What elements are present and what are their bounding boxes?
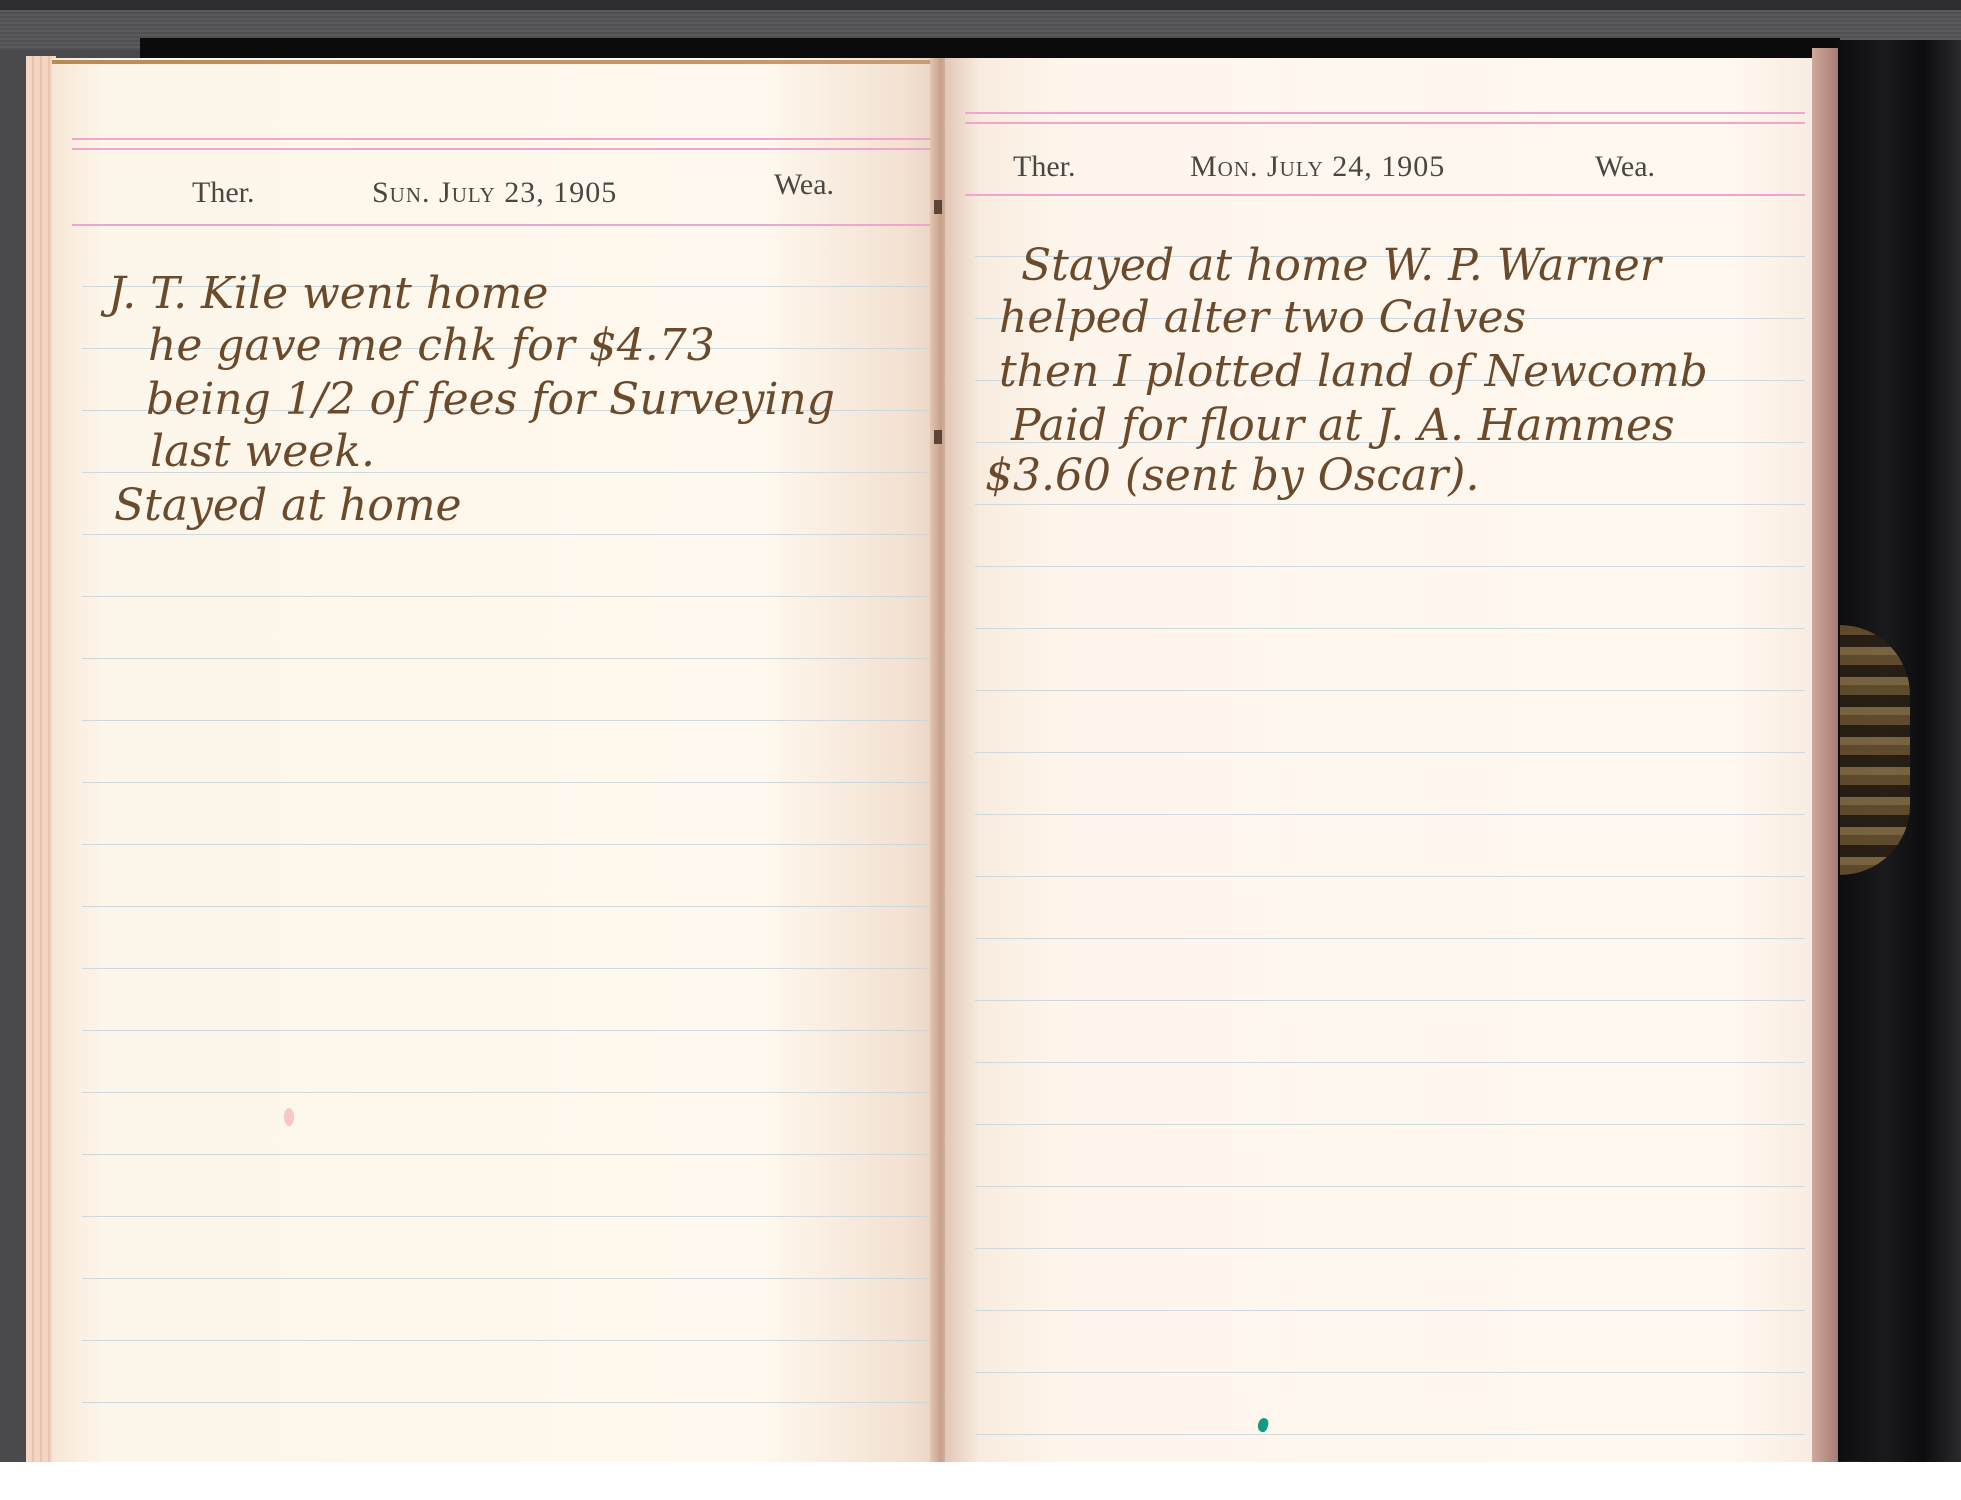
ruled-line (975, 876, 1805, 877)
ruled-line (82, 1340, 930, 1341)
right-page-edges (1812, 48, 1838, 1468)
entry-line: then I plotted land of Newcomb (999, 344, 1708, 400)
ruled-line (975, 1434, 1805, 1435)
weather-label: Wea. (1595, 150, 1655, 184)
ruled-line (975, 814, 1805, 815)
ruled-line (82, 1092, 930, 1093)
ruled-line (975, 566, 1805, 567)
entry-line: $3.60 (sent by Oscar). (985, 448, 1708, 504)
right-page: Ther. Mon. July 24, 1905 Wea. Stayed at … (945, 58, 1815, 1466)
scanner-edge (0, 0, 1961, 10)
ruled-line (82, 782, 930, 783)
ruled-line (82, 596, 930, 597)
header-rule-top-2 (72, 148, 930, 150)
ruled-line (975, 628, 1805, 629)
binding-stitch (934, 430, 942, 444)
ruled-line (975, 752, 1805, 753)
entry-line: Stayed at home (114, 478, 835, 534)
ruled-line (975, 1310, 1805, 1311)
ruled-line (975, 1372, 1805, 1373)
left-page: Ther. Sun. July 23, 1905 Wea. J. T. Kile… (52, 58, 940, 1466)
ruled-line (975, 504, 1805, 505)
binding-stitch (934, 200, 942, 214)
ruled-line (975, 1000, 1805, 1001)
right-page-header: Ther. Mon. July 24, 1905 Wea. (945, 150, 1815, 190)
ruled-line (82, 658, 930, 659)
ruled-line (82, 906, 930, 907)
entry-line: Stayed at home W. P. Warner (1021, 238, 1708, 294)
entry-line: being 1/2 of fees for Surveying (146, 372, 835, 428)
paper-stain (284, 1108, 294, 1126)
scanner-bottom (0, 1462, 1961, 1500)
ruled-line (82, 968, 930, 969)
ruled-line (975, 1124, 1805, 1125)
header-rule-top (72, 138, 930, 140)
date-heading: Sun. July 23, 1905 (372, 176, 617, 210)
header-rule-top (965, 112, 1805, 114)
ruled-line (82, 844, 930, 845)
ruled-line (82, 1154, 930, 1155)
header-rule-top-2 (965, 122, 1805, 124)
ruled-line (975, 690, 1805, 691)
ruled-line (82, 1030, 930, 1031)
ruled-line (82, 1216, 930, 1217)
entry-line: J. T. Kile went home (108, 266, 835, 322)
cover-clasp-ornament (1840, 625, 1910, 875)
thermometer-label: Ther. (1013, 150, 1075, 184)
ruled-line (82, 1402, 930, 1403)
header-rule-bottom (72, 224, 930, 226)
ink-spot (1256, 1417, 1270, 1434)
entry-line: he gave me chk for $4.73 (148, 318, 835, 374)
right-diary-entry: Stayed at home W. P. Warner helped alter… (985, 238, 1708, 504)
entry-line: last week. (150, 424, 835, 480)
left-diary-entry: J. T. Kile went home he gave me chk for … (100, 266, 835, 534)
book-top-shadow (140, 38, 1840, 58)
header-rule-bottom (965, 194, 1805, 196)
ruled-line (82, 1278, 930, 1279)
ruled-line (975, 1248, 1805, 1249)
weather-label: Wea. (774, 168, 834, 202)
ruled-line (82, 534, 930, 535)
ruled-line (975, 1186, 1805, 1187)
ruled-line (975, 1062, 1805, 1063)
ruled-line (82, 720, 930, 721)
entry-line: Paid for flour at J. A. Hammes (1011, 398, 1708, 454)
ruled-line (975, 938, 1805, 939)
thermometer-label: Ther. (192, 176, 254, 210)
date-heading: Mon. July 24, 1905 (1190, 150, 1445, 184)
entry-line: helped alter two Calves (999, 290, 1708, 346)
left-page-header: Ther. Sun. July 23, 1905 Wea. (52, 176, 940, 216)
